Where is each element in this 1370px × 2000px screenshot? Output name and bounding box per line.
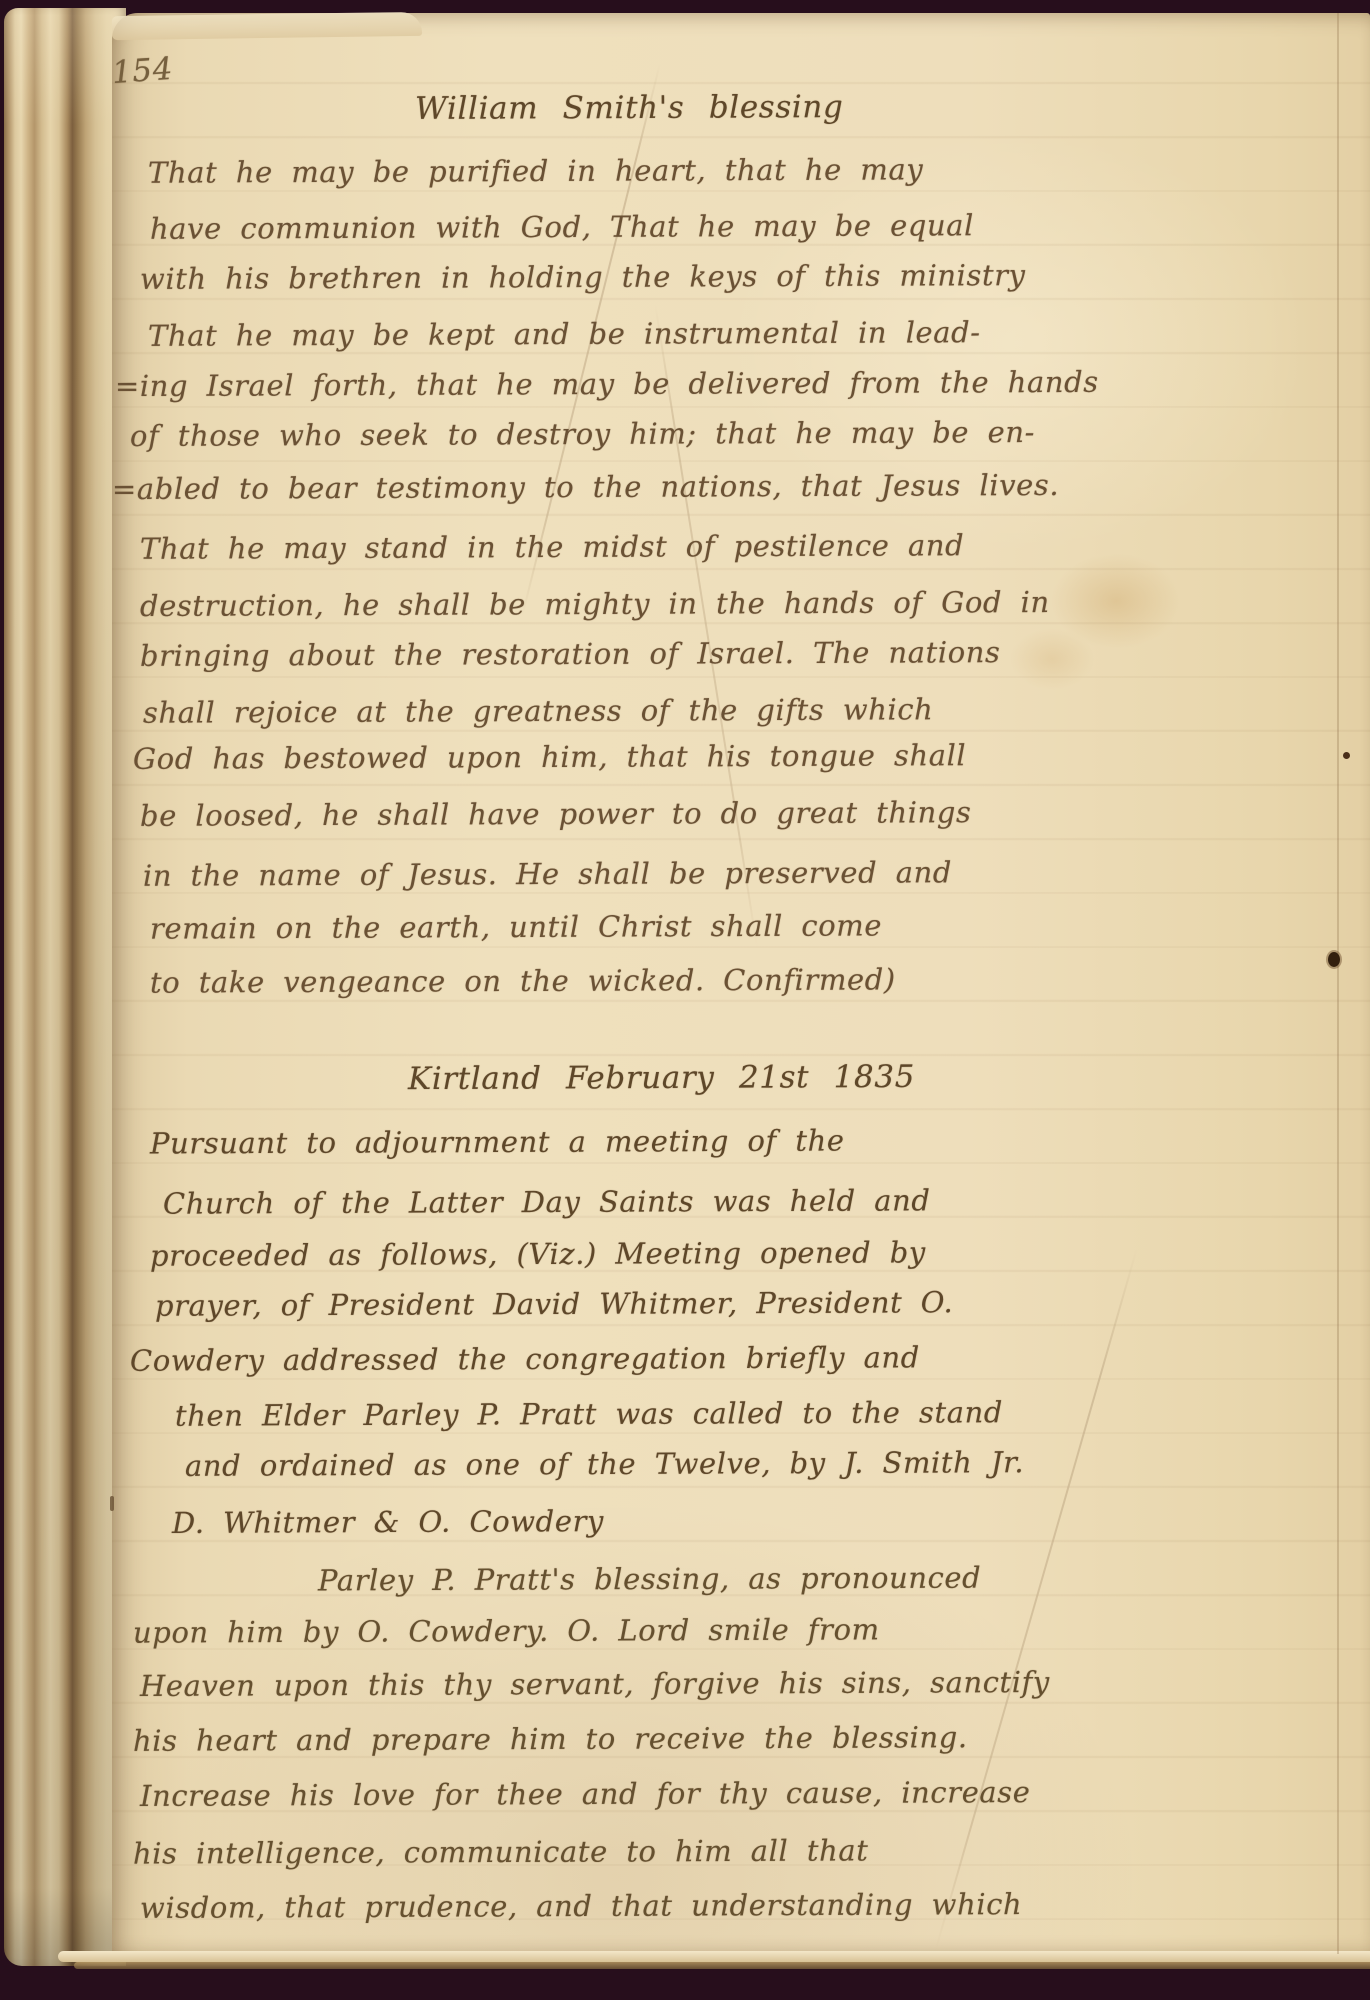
- manuscript-line: D. Whitmer & O. Cowdery: [172, 1507, 604, 1538]
- manuscript-line: That he may be purified in heart, that h…: [148, 155, 923, 187]
- manuscript-line: proceeded as follows, (Viz.) Meeting ope…: [150, 1238, 926, 1270]
- wormhole: [1328, 952, 1340, 967]
- manuscript-line: have communion with God, That he may be …: [150, 211, 974, 244]
- manuscript-scan: 154 William Smith's blessing That he may…: [0, 0, 1370, 2000]
- section-heading: Kirtland February 21st 1835: [408, 1062, 915, 1095]
- manuscript-line: then Elder Parley P. Pratt was called to…: [175, 1398, 1003, 1431]
- bottom-page-edge-shadow: [74, 1962, 1370, 1969]
- manuscript-line: prayer, of President David Whitmer, Pres…: [155, 1288, 953, 1320]
- section-heading: William Smith's blessing: [415, 92, 844, 125]
- page-number: 154: [111, 54, 174, 89]
- manuscript-line: and ordained as one of the Twelve, by J.…: [185, 1448, 1024, 1481]
- book-binding-page-stack: [4, 8, 126, 1966]
- manuscript-line: bringing about the restoration of Israel…: [140, 638, 1001, 671]
- manuscript-line: be loosed, he shall have power to do gre…: [140, 798, 972, 831]
- manuscript-line: his heart and prepare him to receive the…: [133, 1723, 968, 1756]
- manuscript-line: with his brethren in holding the keys of…: [140, 261, 1026, 294]
- manuscript-line: Heaven upon this thy servant, forgive hi…: [140, 1668, 1050, 1701]
- manuscript-line: =ing Israel forth, that he may be delive…: [115, 368, 1099, 401]
- manuscript-line: upon him by O. Cowdery. O. Lord smile fr…: [133, 1615, 880, 1647]
- manuscript-line: Increase his love for thee and for thy c…: [140, 1778, 1031, 1811]
- manuscript-line: Parley P. Pratt's blessing, as pronounce…: [318, 1564, 981, 1596]
- top-page-edge: [112, 12, 422, 40]
- vertical-fold-line: [1337, 13, 1339, 1954]
- manuscript-line: God has bestowed upon him, that his tong…: [133, 741, 966, 774]
- margin-mark: [110, 1496, 114, 1511]
- manuscript-line: his intelligence, communicate to him all…: [133, 1836, 869, 1868]
- manuscript-line: shall rejoice at the greatness of the gi…: [143, 695, 934, 727]
- manuscript-line: Pursuant to adjournment a meeting of the: [150, 1126, 845, 1158]
- manuscript-line: in the name of Jesus. He shall be preser…: [143, 858, 952, 891]
- manuscript-line: remain on the earth, until Christ shall …: [150, 911, 882, 943]
- manuscript-line: That he may stand in the midst of pestil…: [140, 531, 964, 564]
- manuscript-line: destruction, he shall be mighty in the h…: [140, 588, 1050, 621]
- manuscript-line: Church of the Latter Day Saints was held…: [163, 1186, 931, 1218]
- manuscript-line: =abled to bear testimony to the nations,…: [112, 471, 1059, 504]
- bottom-page-edge: [58, 1951, 1370, 1962]
- manuscript-line: Cowdery addressed the congregation brief…: [130, 1343, 920, 1375]
- manuscript-line: That he may be kept and be instrumental …: [148, 318, 981, 351]
- manuscript-line: to take vengeance on the wicked. Confirm…: [150, 965, 896, 997]
- manuscript-line: wisdom, that prudence, and that understa…: [140, 1890, 1022, 1923]
- ink-speck: [1343, 752, 1350, 759]
- manuscript-line: of those who seek to destroy him; that h…: [130, 418, 1035, 451]
